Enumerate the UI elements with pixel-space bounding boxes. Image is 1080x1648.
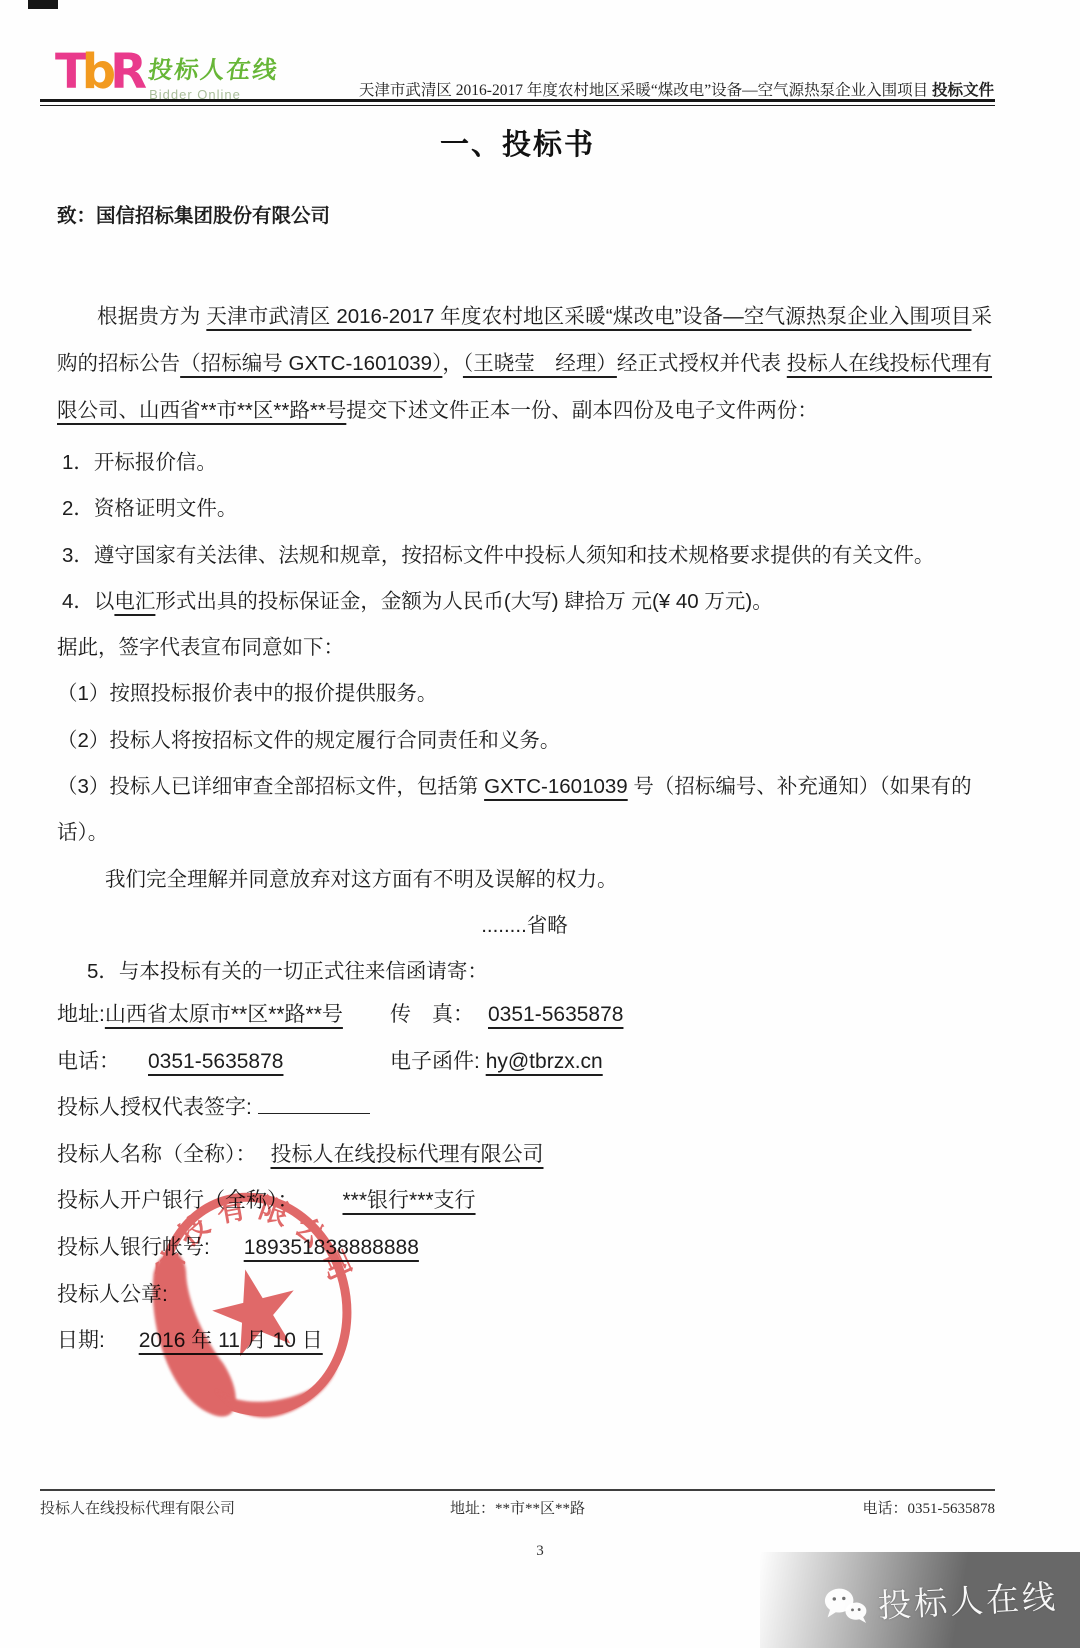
phone-label: 电话： xyxy=(57,1050,120,1073)
opening-text: 经正式授权并代表 xyxy=(617,352,787,375)
phone-email-row: 电话：0351-5635878 电子函件: hy@tbrzx.cn xyxy=(57,1039,1020,1086)
fax-label: 传 真： xyxy=(390,1003,474,1026)
tender-number-underlined: （招标编号 GXTC-1601039） xyxy=(180,352,442,375)
phone-value: 0351-5635878 xyxy=(120,1050,311,1073)
email-label: 电子函件: xyxy=(390,1050,480,1073)
list-item-3: 3．遵守国家有关法律、法规和规章，按招标文件中投标人须知和技术规格要求提供的有关… xyxy=(57,533,992,579)
fax-field: 传 真：0351-5635878 xyxy=(390,992,637,1039)
signature-label: 投标人授权代表签字: xyxy=(57,1096,252,1119)
opening-text: 提交下述文件正本一份、副本四份及电子文件两份： xyxy=(346,399,818,422)
opening-text: ， xyxy=(442,352,463,375)
list-item-5: 5．与本投标有关的一切正式往来信函请寄： xyxy=(57,949,992,995)
signature-row: 投标人授权代表签字: xyxy=(57,1085,1020,1132)
email-field: 电子函件: hy@tbrzx.cn xyxy=(390,1039,603,1086)
opening-paragraph: 根据贵方为 天津市武清区 2016-2017 年度农村地区采暖“煤改电”设备—空… xyxy=(57,293,992,434)
sub-item-3-continuation: 我们完全理解并同意放弃对这方面有不明及误解的权力。 xyxy=(57,857,992,903)
fax-value: 0351-5635878 xyxy=(474,1003,637,1026)
tender-number-underlined: GXTC-1601039 xyxy=(484,775,628,798)
seal-star xyxy=(204,1259,306,1360)
logo-letter-t: T xyxy=(55,44,82,100)
header-project-line: 天津市武清区 2016-2017 年度农村地区采暖“煤改电”设备—空气源热泵企业… xyxy=(359,78,994,100)
sub-item-2: （2）投标人将按招标文件的规定履行合同责任和义务。 xyxy=(57,718,992,764)
list-item-1: 1．开标报价信。 xyxy=(57,440,992,486)
header-divider xyxy=(40,99,995,106)
logo-chinese-name: 投标人在线 xyxy=(147,50,282,85)
email-value: hy@tbrzx.cn xyxy=(486,1050,603,1073)
logo-letter-r: R xyxy=(110,44,141,100)
addressee-line: 致：国信招标集团股份有限公司 xyxy=(57,200,330,228)
bidder-name-row: 投标人名称（全称）：投标人在线投标代理有限公司 xyxy=(57,1132,1020,1179)
sub-item-3: （3）投标人已详细审查全部招标文件，包括第 GXTC-1601039 号（招标编… xyxy=(57,764,992,857)
address-value: 山西省太原市**区**路**号 xyxy=(105,1003,343,1026)
bidder-name-value: 投标人在线投标代理有限公司 xyxy=(257,1143,558,1166)
wechat-icon xyxy=(821,1584,869,1626)
project-name-underlined: 天津市武清区 2016-2017 年度农村地区采暖“煤改电”设备—空气源热泵企业… xyxy=(206,305,971,328)
address-label: 地址: xyxy=(57,1003,105,1026)
footer-divider xyxy=(40,1489,995,1491)
page-title: 一、投标书 xyxy=(40,122,995,163)
subitem3-text: （3）投标人已详细审查全部招标文件，包括第 xyxy=(57,775,484,798)
watermark-content: 投标人在线 xyxy=(821,1570,1059,1629)
bidder-online-logo: TbR 投标人在线 Bidder Online xyxy=(55,48,279,102)
header-project-title: 天津市武清区 2016-2017 年度农村地区采暖“煤改电”设备—空气源热泵企业… xyxy=(359,82,932,99)
list-item-2: 2．资格证明文件。 xyxy=(57,486,992,532)
address-fax-row: 地址:山西省太原市**区**路**号 传 真：0351-5635878 xyxy=(57,992,1020,1039)
watermark-text: 投标人在线 xyxy=(877,1570,1059,1626)
footer: 地址：**市**区**路 投标人在线投标代理有限公司 电话：0351-56358… xyxy=(40,1497,995,1518)
list-item-4: 4．以电汇形式出具的投标保证金，金额为人民币(大写) 肆拾万 元(¥ 40 万元… xyxy=(57,579,992,625)
watermark-banner: 投标人在线 xyxy=(760,1552,1080,1648)
header-doc-type: 投标文件 xyxy=(932,82,994,99)
bidder-name-label: 投标人名称（全称）： xyxy=(57,1143,257,1166)
sub-item-1: （1）按照投标报价表中的报价提供服务。 xyxy=(57,671,992,717)
opening-text: 根据贵方为 xyxy=(97,305,206,328)
scan-artifact-mark xyxy=(28,0,58,9)
declaration-line: 据此，签字代表宣布同意如下： xyxy=(57,625,992,671)
payment-method-underlined: 电汇 xyxy=(114,590,155,613)
logo-letter-b: b xyxy=(82,44,110,100)
footer-address: 地址：**市**区**路 xyxy=(40,1497,995,1518)
document-page: TbR 投标人在线 Bidder Online 天津市武清区 2016-2017… xyxy=(0,0,1080,1648)
item4-text: 4．以 xyxy=(62,590,114,613)
logo-tbr-monogram: TbR xyxy=(55,48,141,96)
logo-wordmark: 投标人在线 Bidder Online xyxy=(149,48,279,102)
agent-name-underlined: （王晓莹 经理） xyxy=(463,352,617,375)
signature-blank-line xyxy=(258,1092,370,1114)
item4-text: 形式出具的投标保证金，金额为人民币(大写) 肆拾万 元(¥ 40 万元)。 xyxy=(155,590,772,613)
document-item-list: 1．开标报价信。 2．资格证明文件。 3．遵守国家有关法律、法规和规章，按招标文… xyxy=(57,440,992,996)
omission-marker: ........省略 xyxy=(57,903,992,949)
date-label: 日期: xyxy=(57,1329,105,1352)
